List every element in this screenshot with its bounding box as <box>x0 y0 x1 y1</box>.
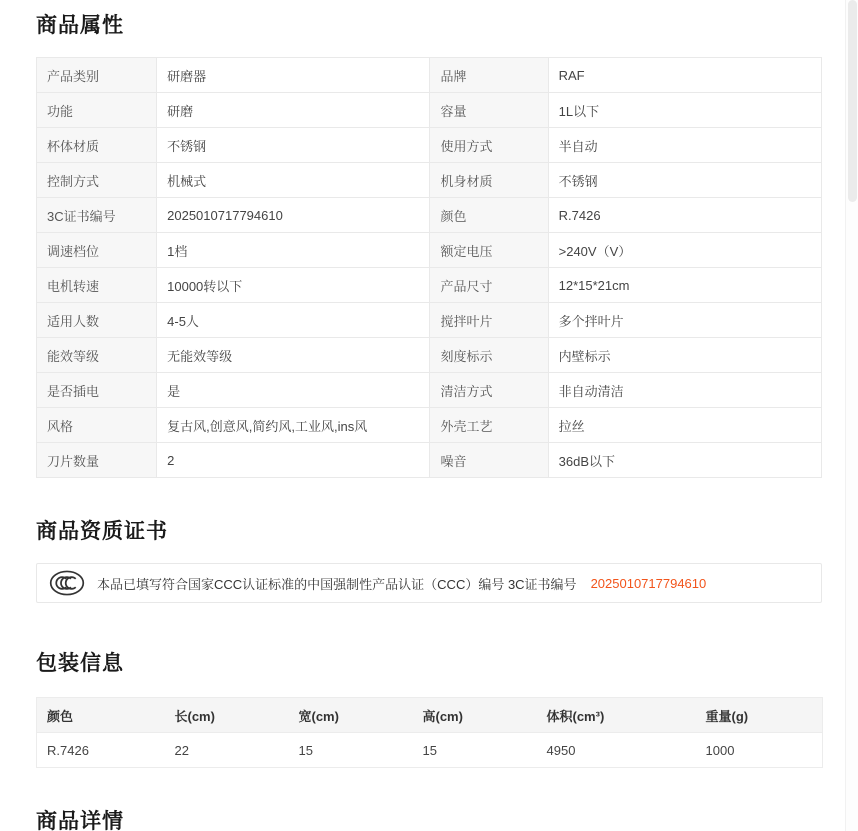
attr-label: 品牌 <box>430 58 548 93</box>
attr-label: 产品尺寸 <box>430 268 548 303</box>
table-row: 风格 复古风,创意风,简约风,工业风,ins风 外壳工艺 拉丝 <box>37 408 822 443</box>
pack-col-header: 长(cm) <box>165 698 289 733</box>
attr-value: 研磨 <box>157 93 430 128</box>
table-row: 3C证书编号 2025010717794610 颜色 R.7426 <box>37 198 822 233</box>
table-row: 电机转速 10000转以下 产品尺寸 12*15*21cm <box>37 268 822 303</box>
attr-value: 非自动清洁 <box>548 373 821 408</box>
pack-col-header: 重量(g) <box>696 698 823 733</box>
product-detail-page: 商品属性 产品类别 研磨器 品牌 RAF 功能 研磨 容量 1L以下 杯体材质 … <box>0 0 845 831</box>
table-row: 能效等级 无能效等级 刻度标示 内壁标示 <box>37 338 822 373</box>
table-row: 控制方式 机械式 机身材质 不锈钢 <box>37 163 822 198</box>
attr-label: 产品类别 <box>37 58 157 93</box>
table-row: 杯体材质 不锈钢 使用方式 半自动 <box>37 128 822 163</box>
attr-label: 容量 <box>430 93 548 128</box>
attr-label: 电机转速 <box>37 268 157 303</box>
attr-value: 研磨器 <box>157 58 430 93</box>
attr-value: 机械式 <box>157 163 430 198</box>
attr-value: 1档 <box>157 233 430 268</box>
table-row: R.7426 22 15 15 4950 1000 <box>37 733 823 768</box>
attr-label: 能效等级 <box>37 338 157 373</box>
attr-label: 风格 <box>37 408 157 443</box>
attr-label: 外壳工艺 <box>430 408 548 443</box>
attr-label: 杯体材质 <box>37 128 157 163</box>
attr-value: 4-5人 <box>157 303 430 338</box>
attr-value: 复古风,创意风,简约风,工业风,ins风 <box>157 408 430 443</box>
pack-col-header: 高(cm) <box>413 698 537 733</box>
attr-value: 拉丝 <box>548 408 821 443</box>
attr-value: >240V（V） <box>548 233 821 268</box>
attr-value: 2025010717794610 <box>157 198 430 233</box>
certificate-box: 本品已填写符合国家CCC认证标准的中国强制性产品认证（CCC）编号 3C证书编号… <box>36 563 822 603</box>
pack-cell: 1000 <box>696 733 823 768</box>
certificate-number: 2025010717794610 <box>591 576 707 591</box>
attr-value: 半自动 <box>548 128 821 163</box>
attr-value: 无能效等级 <box>157 338 430 373</box>
certificate-statement: 本品已填写符合国家CCC认证标准的中国强制性产品认证（CCC）编号 3C证书编号 <box>97 574 577 593</box>
table-row: 功能 研磨 容量 1L以下 <box>37 93 822 128</box>
table-row: 调速档位 1档 额定电压 >240V（V） <box>37 233 822 268</box>
attr-value: 内壁标示 <box>548 338 821 373</box>
pack-col-header: 体积(cm³) <box>537 698 696 733</box>
attr-label: 使用方式 <box>430 128 548 163</box>
table-row: 适用人数 4-5人 搅拌叶片 多个拌叶片 <box>37 303 822 338</box>
pack-col-header: 颜色 <box>37 698 165 733</box>
attr-label: 搅拌叶片 <box>430 303 548 338</box>
attr-value: 不锈钢 <box>157 128 430 163</box>
attr-label: 控制方式 <box>37 163 157 198</box>
attr-label: 噪音 <box>430 443 548 478</box>
attr-label: 刀片数量 <box>37 443 157 478</box>
attr-value: 10000转以下 <box>157 268 430 303</box>
attr-value: 多个拌叶片 <box>548 303 821 338</box>
certificate-section-title: 商品资质证书 <box>36 520 809 544</box>
attr-value: 1L以下 <box>548 93 821 128</box>
pack-cell: 15 <box>413 733 537 768</box>
scrollbar-thumb[interactable] <box>848 0 857 202</box>
detail-section-title: 商品详情 <box>36 810 809 831</box>
attr-label: 清洁方式 <box>430 373 548 408</box>
attr-value: 2 <box>157 443 430 478</box>
attr-label: 功能 <box>37 93 157 128</box>
table-row: 产品类别 研磨器 品牌 RAF <box>37 58 822 93</box>
pack-cell: 4950 <box>537 733 696 768</box>
ccc-mark-icon <box>49 569 85 597</box>
attr-value: RAF <box>548 58 821 93</box>
pack-cell: R.7426 <box>37 733 165 768</box>
pack-cell: 15 <box>289 733 413 768</box>
attr-label: 额定电压 <box>430 233 548 268</box>
attr-label: 机身材质 <box>430 163 548 198</box>
table-row: 是否插电 是 清洁方式 非自动清洁 <box>37 373 822 408</box>
attributes-section-title: 商品属性 <box>36 14 809 38</box>
pack-col-header: 宽(cm) <box>289 698 413 733</box>
attributes-table: 产品类别 研磨器 品牌 RAF 功能 研磨 容量 1L以下 杯体材质 不锈钢 使… <box>36 57 822 478</box>
attr-label: 刻度标示 <box>430 338 548 373</box>
attr-value: 36dB以下 <box>548 443 821 478</box>
pack-cell: 22 <box>165 733 289 768</box>
attr-value: 是 <box>157 373 430 408</box>
attr-label: 调速档位 <box>37 233 157 268</box>
packaging-table: 颜色 长(cm) 宽(cm) 高(cm) 体积(cm³) 重量(g) R.742… <box>36 697 823 768</box>
attr-label: 3C证书编号 <box>37 198 157 233</box>
table-row: 刀片数量 2 噪音 36dB以下 <box>37 443 822 478</box>
packaging-section-title: 包装信息 <box>36 652 809 676</box>
attr-label: 适用人数 <box>37 303 157 338</box>
attr-value: 12*15*21cm <box>548 268 821 303</box>
attr-value: R.7426 <box>548 198 821 233</box>
scrollbar-track[interactable] <box>845 0 858 831</box>
attr-value: 不锈钢 <box>548 163 821 198</box>
attr-label: 颜色 <box>430 198 548 233</box>
table-header-row: 颜色 长(cm) 宽(cm) 高(cm) 体积(cm³) 重量(g) <box>37 698 823 733</box>
attr-label: 是否插电 <box>37 373 157 408</box>
